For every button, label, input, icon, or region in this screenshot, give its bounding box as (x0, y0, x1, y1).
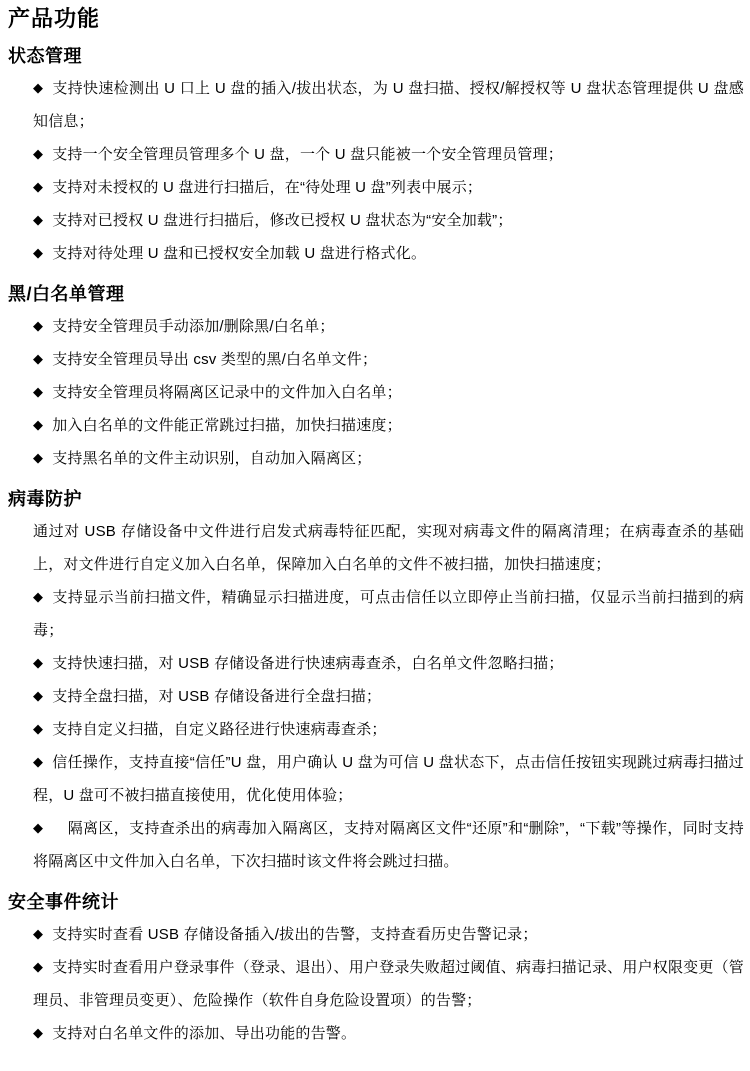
section-security-event-stats: 安全事件统计 ◆支持实时查看 USB 存储设备插入/拔出的告警，支持查看历史告警… (8, 890, 744, 1050)
feature-text: 支持快速检测出 U 口上 U 盘的插入/拔出状态，为 U 盘扫描、授权/解授权等… (33, 80, 744, 130)
diamond-bullet-icon: ◆ (33, 580, 43, 613)
feature-text: 支持对未授权的 U 盘进行扫描后，在“待处理 U 盘”列表中展示； (52, 179, 482, 196)
feature-item: ◆支持安全管理员将隔离区记录中的文件加入白名单； (33, 376, 744, 409)
diamond-bullet-icon: ◆ (33, 236, 43, 269)
feature-item: ◆支持安全管理员手动添加/删除黑/白名单； (33, 310, 744, 343)
feature-item: ◆支持对已授权 U 盘进行扫描后，修改已授权 U 盘状态为“安全加载”； (33, 204, 744, 237)
page-title: 产品功能 (8, 6, 744, 32)
feature-item: ◆支持对白名单文件的添加、导出功能的告警。 (33, 1017, 744, 1050)
section-heading: 病毒防护 (8, 487, 744, 511)
diamond-bullet-icon: ◆ (33, 646, 43, 679)
feature-item: ◆支持一个安全管理员管理多个 U 盘，一个 U 盘只能被一个安全管理员管理； (33, 138, 744, 171)
feature-text: 支持安全管理员导出 csv 类型的黑/白名单文件； (52, 351, 377, 368)
feature-item: ◆支持黑名单的文件主动识别，自动加入隔离区； (33, 442, 744, 475)
diamond-bullet-icon: ◆ (33, 441, 43, 474)
feature-text: 支持黑名单的文件主动识别，自动加入隔离区； (52, 450, 371, 467)
feature-item: ◆支持快速检测出 U 口上 U 盘的插入/拔出状态，为 U 盘扫描、授权/解授权… (33, 72, 744, 138)
feature-text: 隔离区，支持查杀出的病毒加入隔离区，支持对隔离区文件“还原”和“删除”，“下载”… (33, 820, 744, 870)
diamond-bullet-icon: ◆ (33, 950, 43, 983)
feature-text: 加入白名单的文件能正常跳过扫描，加快扫描速度； (52, 417, 402, 434)
feature-text: 支持显示当前扫描文件，精确显示扫描进度，可点击信任以立即停止当前扫描，仅显示当前… (33, 589, 744, 639)
feature-text: 支持对已授权 U 盘进行扫描后，修改已授权 U 盘状态为“安全加载”； (52, 212, 512, 229)
feature-item: ◆支持对待处理 U 盘和已授权安全加载 U 盘进行格式化。 (33, 237, 744, 270)
section-heading: 状态管理 (8, 44, 744, 68)
diamond-bullet-icon: ◆ (33, 71, 43, 104)
feature-item: ◆支持全盘扫描，对 USB 存储设备进行全盘扫描； (33, 680, 744, 713)
diamond-bullet-icon: ◆ (33, 203, 43, 236)
diamond-bullet-icon: ◆ (33, 170, 43, 203)
feature-item: ◆支持快速扫描，对 USB 存储设备进行快速病毒查杀，白名单文件忽略扫描； (33, 647, 744, 680)
feature-text: 支持一个安全管理员管理多个 U 盘，一个 U 盘只能被一个安全管理员管理； (52, 146, 563, 163)
feature-text: 支持自定义扫描，自定义路径进行快速病毒查杀； (52, 721, 386, 738)
feature-text: 支持对待处理 U 盘和已授权安全加载 U 盘进行格式化。 (52, 245, 426, 262)
feature-item: ◆加入白名单的文件能正常跳过扫描，加快扫描速度； (33, 409, 744, 442)
feature-text: 支持快速扫描，对 USB 存储设备进行快速病毒查杀，白名单文件忽略扫描； (52, 655, 563, 672)
section-heading: 黑/白名单管理 (8, 282, 744, 306)
feature-text: 支持安全管理员将隔离区记录中的文件加入白名单； (52, 384, 402, 401)
feature-text: 支持全盘扫描，对 USB 存储设备进行全盘扫描； (52, 688, 381, 705)
diamond-bullet-icon: ◆ (33, 679, 43, 712)
diamond-bullet-icon: ◆ (33, 137, 43, 170)
diamond-bullet-icon: ◆ (33, 1016, 43, 1049)
feature-item: ◆支持实时查看 USB 存储设备插入/拔出的告警，支持查看历史告警记录； (33, 918, 744, 951)
feature-item: ◆支持安全管理员导出 csv 类型的黑/白名单文件； (33, 343, 744, 376)
feature-item: ◆ 隔离区，支持查杀出的病毒加入隔离区，支持对隔离区文件“还原”和“删除”，“下… (33, 812, 744, 878)
feature-item: ◆支持对未授权的 U 盘进行扫描后，在“待处理 U 盘”列表中展示； (33, 171, 744, 204)
feature-item: ◆支持显示当前扫描文件，精确显示扫描进度，可点击信任以立即停止当前扫描，仅显示当… (33, 581, 744, 647)
feature-text: 支持对白名单文件的添加、导出功能的告警。 (52, 1025, 356, 1042)
feature-text: 支持安全管理员手动添加/删除黑/白名单； (52, 318, 334, 335)
diamond-bullet-icon: ◆ (33, 309, 43, 342)
document-page: 产品功能 状态管理 ◆支持快速检测出 U 口上 U 盘的插入/拔出状态，为 U … (0, 0, 750, 1050)
section-virus-protection: 病毒防护 通过对 USB 存储设备中文件进行启发式病毒特征匹配，实现对病毒文件的… (8, 487, 744, 878)
feature-item: ◆信任操作，支持直接“信任”U 盘，用户确认 U 盘为可信 U 盘状态下，点击信… (33, 746, 744, 812)
diamond-bullet-icon: ◆ (33, 745, 43, 778)
diamond-bullet-icon: ◆ (33, 917, 43, 950)
section-blacklist-whitelist: 黑/白名单管理 ◆支持安全管理员手动添加/删除黑/白名单； ◆支持安全管理员导出… (8, 282, 744, 475)
feature-text: 支持实时查看用户登录事件（登录、退出）、用户登录失败超过阈值、病毒扫描记录、用户… (33, 959, 744, 1009)
diamond-bullet-icon: ◆ (33, 408, 43, 441)
section-intro-paragraph: 通过对 USB 存储设备中文件进行启发式病毒特征匹配，实现对病毒文件的隔离清理；… (33, 515, 744, 581)
section-heading: 安全事件统计 (8, 890, 744, 914)
feature-text: 支持实时查看 USB 存储设备插入/拔出的告警，支持查看历史告警记录； (52, 926, 537, 943)
feature-item: ◆支持实时查看用户登录事件（登录、退出）、用户登录失败超过阈值、病毒扫描记录、用… (33, 951, 744, 1017)
diamond-bullet-icon: ◆ (33, 342, 43, 375)
diamond-bullet-icon: ◆ (33, 375, 43, 408)
section-status-management: 状态管理 ◆支持快速检测出 U 口上 U 盘的插入/拔出状态，为 U 盘扫描、授… (8, 44, 744, 270)
diamond-bullet-icon: ◆ (33, 811, 43, 844)
feature-text: 信任操作，支持直接“信任”U 盘，用户确认 U 盘为可信 U 盘状态下，点击信任… (33, 754, 744, 804)
diamond-bullet-icon: ◆ (33, 712, 43, 745)
feature-item: ◆支持自定义扫描，自定义路径进行快速病毒查杀； (33, 713, 744, 746)
